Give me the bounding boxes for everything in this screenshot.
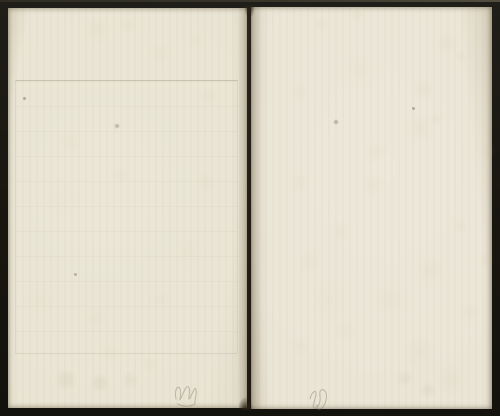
pencil-squiggle-right-path: [310, 390, 326, 409]
pencil-squiggle-left: [168, 377, 204, 409]
book-gutter: [239, 7, 261, 409]
book-page-left: [8, 8, 247, 408]
book-scan-photo: [0, 0, 500, 416]
showthrough-table-impression: [15, 80, 238, 354]
book-page-right: [251, 7, 492, 409]
pencil-squiggle-right: [303, 382, 337, 412]
pencil-squiggle-left-path: [175, 387, 196, 407]
binding-top-edge: [0, 0, 500, 2]
